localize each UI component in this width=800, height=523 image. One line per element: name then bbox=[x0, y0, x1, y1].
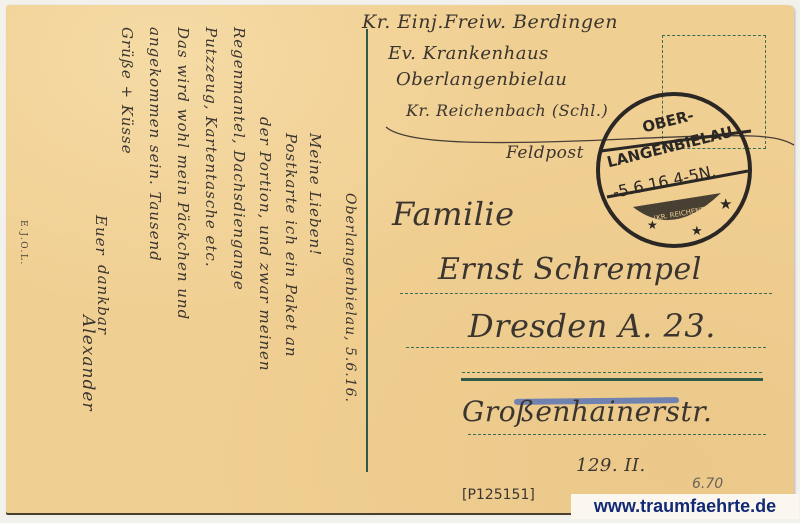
address-line-3 bbox=[462, 372, 762, 373]
recipient-line: 129. II. bbox=[576, 455, 646, 476]
message-signature: Alexander bbox=[78, 315, 98, 412]
address-line-2 bbox=[406, 347, 766, 348]
sender-line: Kr. Einj.Freiw. Berdingen bbox=[362, 11, 618, 33]
archive-reference: [P125151] bbox=[462, 487, 535, 503]
svg-text:★: ★ bbox=[719, 195, 732, 213]
address-line-3-underline bbox=[461, 378, 763, 381]
svg-text:★: ★ bbox=[647, 218, 658, 232]
svg-text:-5.6.16.4-5N.: -5.6.16.4-5N. bbox=[611, 161, 718, 201]
website-watermark: www.traumfaehrte.de bbox=[571, 494, 799, 519]
recipient-line: Großenhainerstr. bbox=[462, 395, 712, 428]
address-line-4 bbox=[468, 434, 766, 435]
printer-mark: E.J.O.L. bbox=[18, 220, 28, 266]
message-line: Regenmantel, Dachsdiengange bbox=[230, 27, 248, 291]
message-place-date: Oberlangenbielau, 5.6.16. bbox=[342, 193, 358, 403]
message-line: Grüße + Küsse bbox=[118, 27, 136, 155]
postcard: E.J.O.L. Oberlangenbielau, 5.6.16. Meine… bbox=[6, 5, 794, 513]
message-line: der Portion, und zwar meinen bbox=[256, 117, 274, 372]
postmark-cancel-stamp: OBER- LANGENBIELAU -5.6.16.4-5N. (KR. RE… bbox=[593, 89, 755, 251]
sender-line: Oberlangenbielau bbox=[396, 69, 567, 90]
message-line: Postkarte ich ein Paket an bbox=[282, 133, 300, 358]
message-line: Euer bbox=[92, 215, 110, 256]
message-line: Putzzeug, Kartentasche etc. bbox=[202, 27, 220, 268]
vertical-divider bbox=[366, 29, 368, 472]
recipient-line: Ernst Schrempel bbox=[438, 252, 702, 287]
svg-text:★: ★ bbox=[691, 224, 703, 239]
recipient-line: Familie bbox=[392, 195, 515, 233]
svg-text:OBER-: OBER- bbox=[641, 106, 696, 136]
message-line: Das wird wohl mein Päckchen und bbox=[174, 27, 192, 320]
recipient-line: Dresden A. 23. bbox=[468, 307, 716, 345]
message-line: angekommen sein. Tausend bbox=[146, 27, 164, 262]
address-line-1 bbox=[400, 293, 772, 294]
feldpost-marking: Feldpost bbox=[506, 143, 584, 163]
message-line: Meine Lieben! bbox=[306, 133, 324, 256]
pencil-price-note: 6.70 bbox=[692, 476, 723, 492]
sender-line: Ev. Krankenhaus bbox=[388, 43, 549, 64]
